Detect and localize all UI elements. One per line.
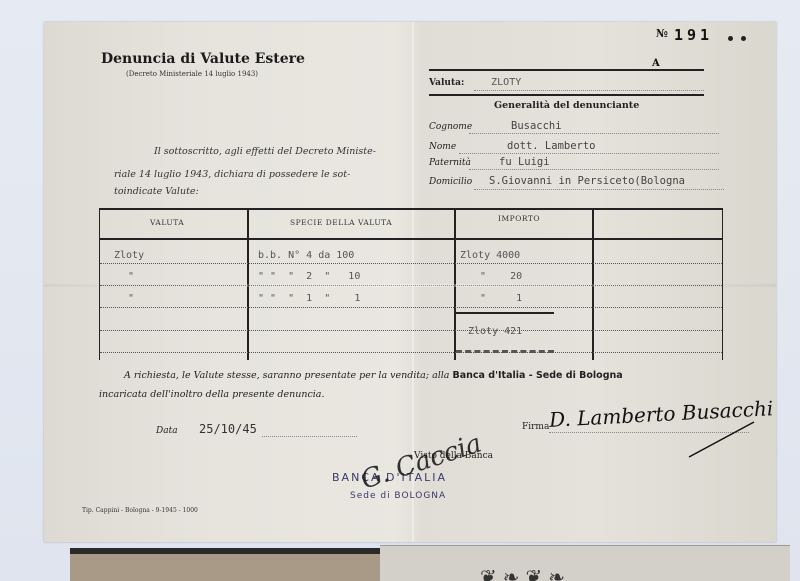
intro-line-1: Il sottoscritto, agli effetti del Decret… — [114, 140, 404, 163]
dotted-line — [474, 189, 724, 190]
dotted-line — [469, 169, 719, 170]
cognome-value: Busacchi — [511, 120, 562, 132]
row-divider — [100, 285, 722, 286]
row-divider — [100, 352, 722, 353]
paternita-label: Paternità — [429, 158, 499, 168]
cognome-label: Cognome — [429, 122, 499, 132]
notice-line-1: A richiesta, le Valute stesse, saranno p… — [124, 370, 623, 381]
total-underline — [456, 348, 554, 353]
cell-specie: b.b. N° 4 da 100 — [258, 250, 354, 261]
valuta-label: Valuta: — [429, 78, 464, 88]
rule — [429, 94, 704, 96]
printer-imprint: Tip. Cappini - Bologna - 9-1945 - 1000 — [82, 507, 198, 514]
column-separator — [454, 208, 456, 360]
intro-paragraph: Il sottoscritto, agli effetti del Decret… — [114, 140, 404, 198]
intro-line-2: riale 14 luglio 1943, dichiara di possed… — [114, 163, 404, 186]
underlying-document-right — [380, 545, 790, 581]
cell-importo: Zloty 4000 — [460, 250, 520, 261]
ornament-decoration: ❦❧❦❧ — [480, 565, 571, 581]
field-domicilio: DomicilioS.Giovanni in Persiceto(Bologna — [429, 175, 685, 187]
denunciante-heading: Generalità del denunciante — [494, 100, 639, 111]
cell-valuta: Zloty — [114, 250, 144, 261]
header-importo: IMPORTO — [498, 214, 540, 223]
column-separator — [247, 208, 249, 360]
intro-line-3: toindicate Valute: — [114, 186, 404, 198]
field-cognome: CognomeBusacchi — [429, 120, 562, 132]
currency-table: VALUTA SPECIE DELLA VALUTA IMPORTO Zloty… — [99, 208, 723, 360]
dotted-line — [459, 153, 719, 154]
declaration-form: Denuncia di Valute Estere (Decreto Minis… — [44, 22, 776, 542]
domicilio-value: S.Giovanni in Persiceto(Bologna — [489, 175, 685, 187]
header-valuta: VALUTA — [150, 218, 184, 227]
date-value: 25/10/45 — [199, 422, 257, 436]
row-divider — [100, 330, 722, 331]
cell-valuta: " — [128, 271, 134, 282]
nome-label: Nome — [429, 142, 499, 152]
series-letter: A — [652, 58, 660, 69]
signature-flourish — [684, 417, 759, 462]
number-label: № — [656, 27, 668, 40]
row-divider — [100, 307, 722, 308]
signature-label: Firma — [522, 422, 549, 432]
paternita-value: fu Luigi — [499, 156, 550, 168]
date-dotted-line — [262, 436, 357, 437]
field-nome: Nomedott. Lamberto — [429, 140, 596, 152]
date-label: Data — [156, 426, 178, 436]
table-header-border — [100, 238, 722, 240]
field-paternita: Paternitàfu Luigi — [429, 156, 550, 168]
table-top-border — [100, 208, 722, 210]
dotted-line — [469, 133, 719, 134]
form-number: 191 — [674, 26, 713, 44]
bank-official-signature: G. Caccia — [357, 428, 485, 495]
form-subtitle: (Decreto Ministeriale 14 luglio 1943) — [126, 70, 258, 78]
row-divider — [100, 263, 722, 264]
nome-value: dott. Lamberto — [507, 140, 596, 152]
ink-mark — [728, 36, 733, 41]
bank-branch: Sede di BOLOGNA — [350, 491, 446, 501]
notice-line-2: incaricata dell'inoltro della presente d… — [99, 389, 325, 400]
domicilio-label: Domicilio — [429, 177, 489, 187]
form-title: Denuncia di Valute Estere — [101, 51, 305, 67]
column-separator — [592, 208, 594, 360]
valuta-dotted-line — [474, 90, 704, 91]
bank-name: Banca d'Italia - Sede di Bologna — [453, 370, 623, 381]
sum-rule — [456, 312, 554, 314]
cell-valuta: " — [128, 293, 134, 304]
underlying-document-left — [70, 554, 380, 581]
ink-mark — [741, 36, 746, 41]
notice-text: A richiesta, le Valute stesse, saranno p… — [124, 370, 449, 381]
cell-importo: " 1 — [480, 293, 522, 304]
top-rule — [429, 69, 704, 71]
valuta-field: Valuta: ZLOTY — [429, 77, 729, 88]
cell-specie: " " " 2 " 10 — [258, 271, 360, 282]
total-amount: Zloty 421 — [468, 326, 522, 337]
cell-importo: " 20 — [480, 271, 522, 282]
cell-specie: " " " 1 " 1 — [258, 293, 360, 304]
header-specie: SPECIE DELLA VALUTA — [290, 218, 392, 227]
valuta-value: ZLOTY — [491, 77, 521, 88]
